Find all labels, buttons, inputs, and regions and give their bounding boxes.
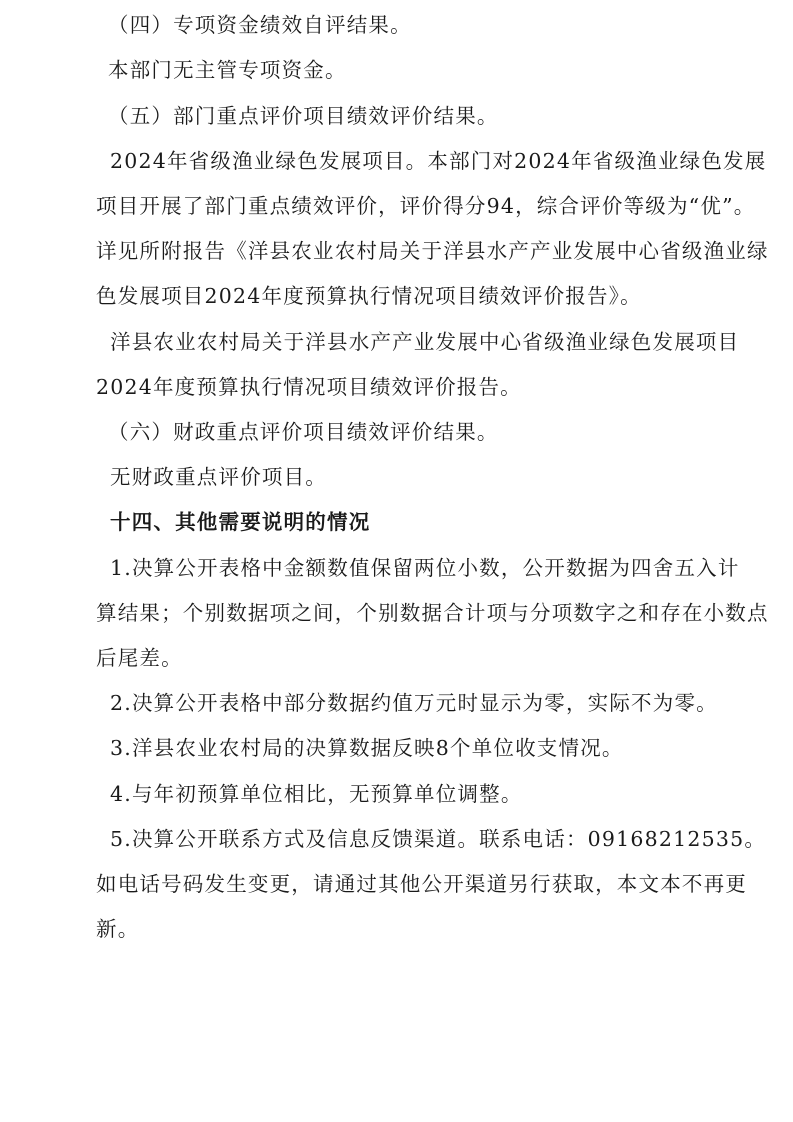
note-2: 2.决算公开表格中部分数据约值万元时显示为零，实际不为零。 bbox=[110, 690, 718, 716]
note-1-line1: 1.决算公开表格中金额数值保留两位小数，公开数据为四舍五入计 bbox=[110, 555, 740, 581]
paragraph-no-fiscal-evaluation: 无财政重点评价项目。 bbox=[110, 464, 327, 490]
paragraph-fishery-project-line4: 色发展项目2024年度预算执行情况项目绩效评价报告》。 bbox=[96, 283, 642, 309]
note-5-line2: 如电话号码发生变更，请通过其他公开渠道另行获取，本文本不再更 bbox=[96, 871, 747, 897]
subheading-special-funds: （四）专项资金绩效自评结果。 bbox=[108, 12, 412, 38]
subheading-fiscal-key-evaluation: （六）财政重点评价项目绩效评价结果。 bbox=[108, 419, 499, 445]
subheading-dept-key-evaluation: （五）部门重点评价项目绩效评价结果。 bbox=[108, 103, 499, 129]
paragraph-report-title-line1: 洋县农业农村局关于洋县水产产业发展中心省级渔业绿色发展项目 bbox=[110, 329, 739, 355]
paragraph-fishery-project-line2: 项目开展了部门重点绩效评价，评价得分94，综合评价等级为“优”。 bbox=[96, 193, 755, 219]
note-5-line3: 新。 bbox=[96, 916, 139, 942]
note-1-line3: 后尾差。 bbox=[96, 645, 183, 671]
section-heading-other-notes: 十四、其他需要说明的情况 bbox=[110, 509, 370, 535]
paragraph-fishery-project-line1: 2024年省级渔业绿色发展项目。本部门对2024年省级渔业绿色发展 bbox=[110, 148, 766, 174]
paragraph-report-title-line2: 2024年度预算执行情况项目绩效评价报告。 bbox=[96, 374, 522, 400]
document-page: （四）专项资金绩效自评结果。 本部门无主管专项资金。 （五）部门重点评价项目绩效… bbox=[0, 0, 793, 1122]
paragraph-fishery-project-line3: 详见所附报告《洋县农业农村局关于洋县水产产业发展中心省级渔业绿 bbox=[96, 238, 769, 264]
note-5-line1: 5.决算公开联系方式及信息反馈渠道。联系电话：09168212535。 bbox=[110, 826, 766, 852]
paragraph-no-special-funds: 本部门无主管专项资金。 bbox=[108, 57, 347, 83]
note-1-line2: 算结果；个别数据项之间，个别数据合计项与分项数字之和存在小数点 bbox=[96, 600, 769, 626]
note-4: 4.与年初预算单位相比，无预算单位调整。 bbox=[110, 781, 523, 807]
note-3: 3.洋县农业农村局的决算数据反映8个单位收支情况。 bbox=[110, 735, 624, 761]
